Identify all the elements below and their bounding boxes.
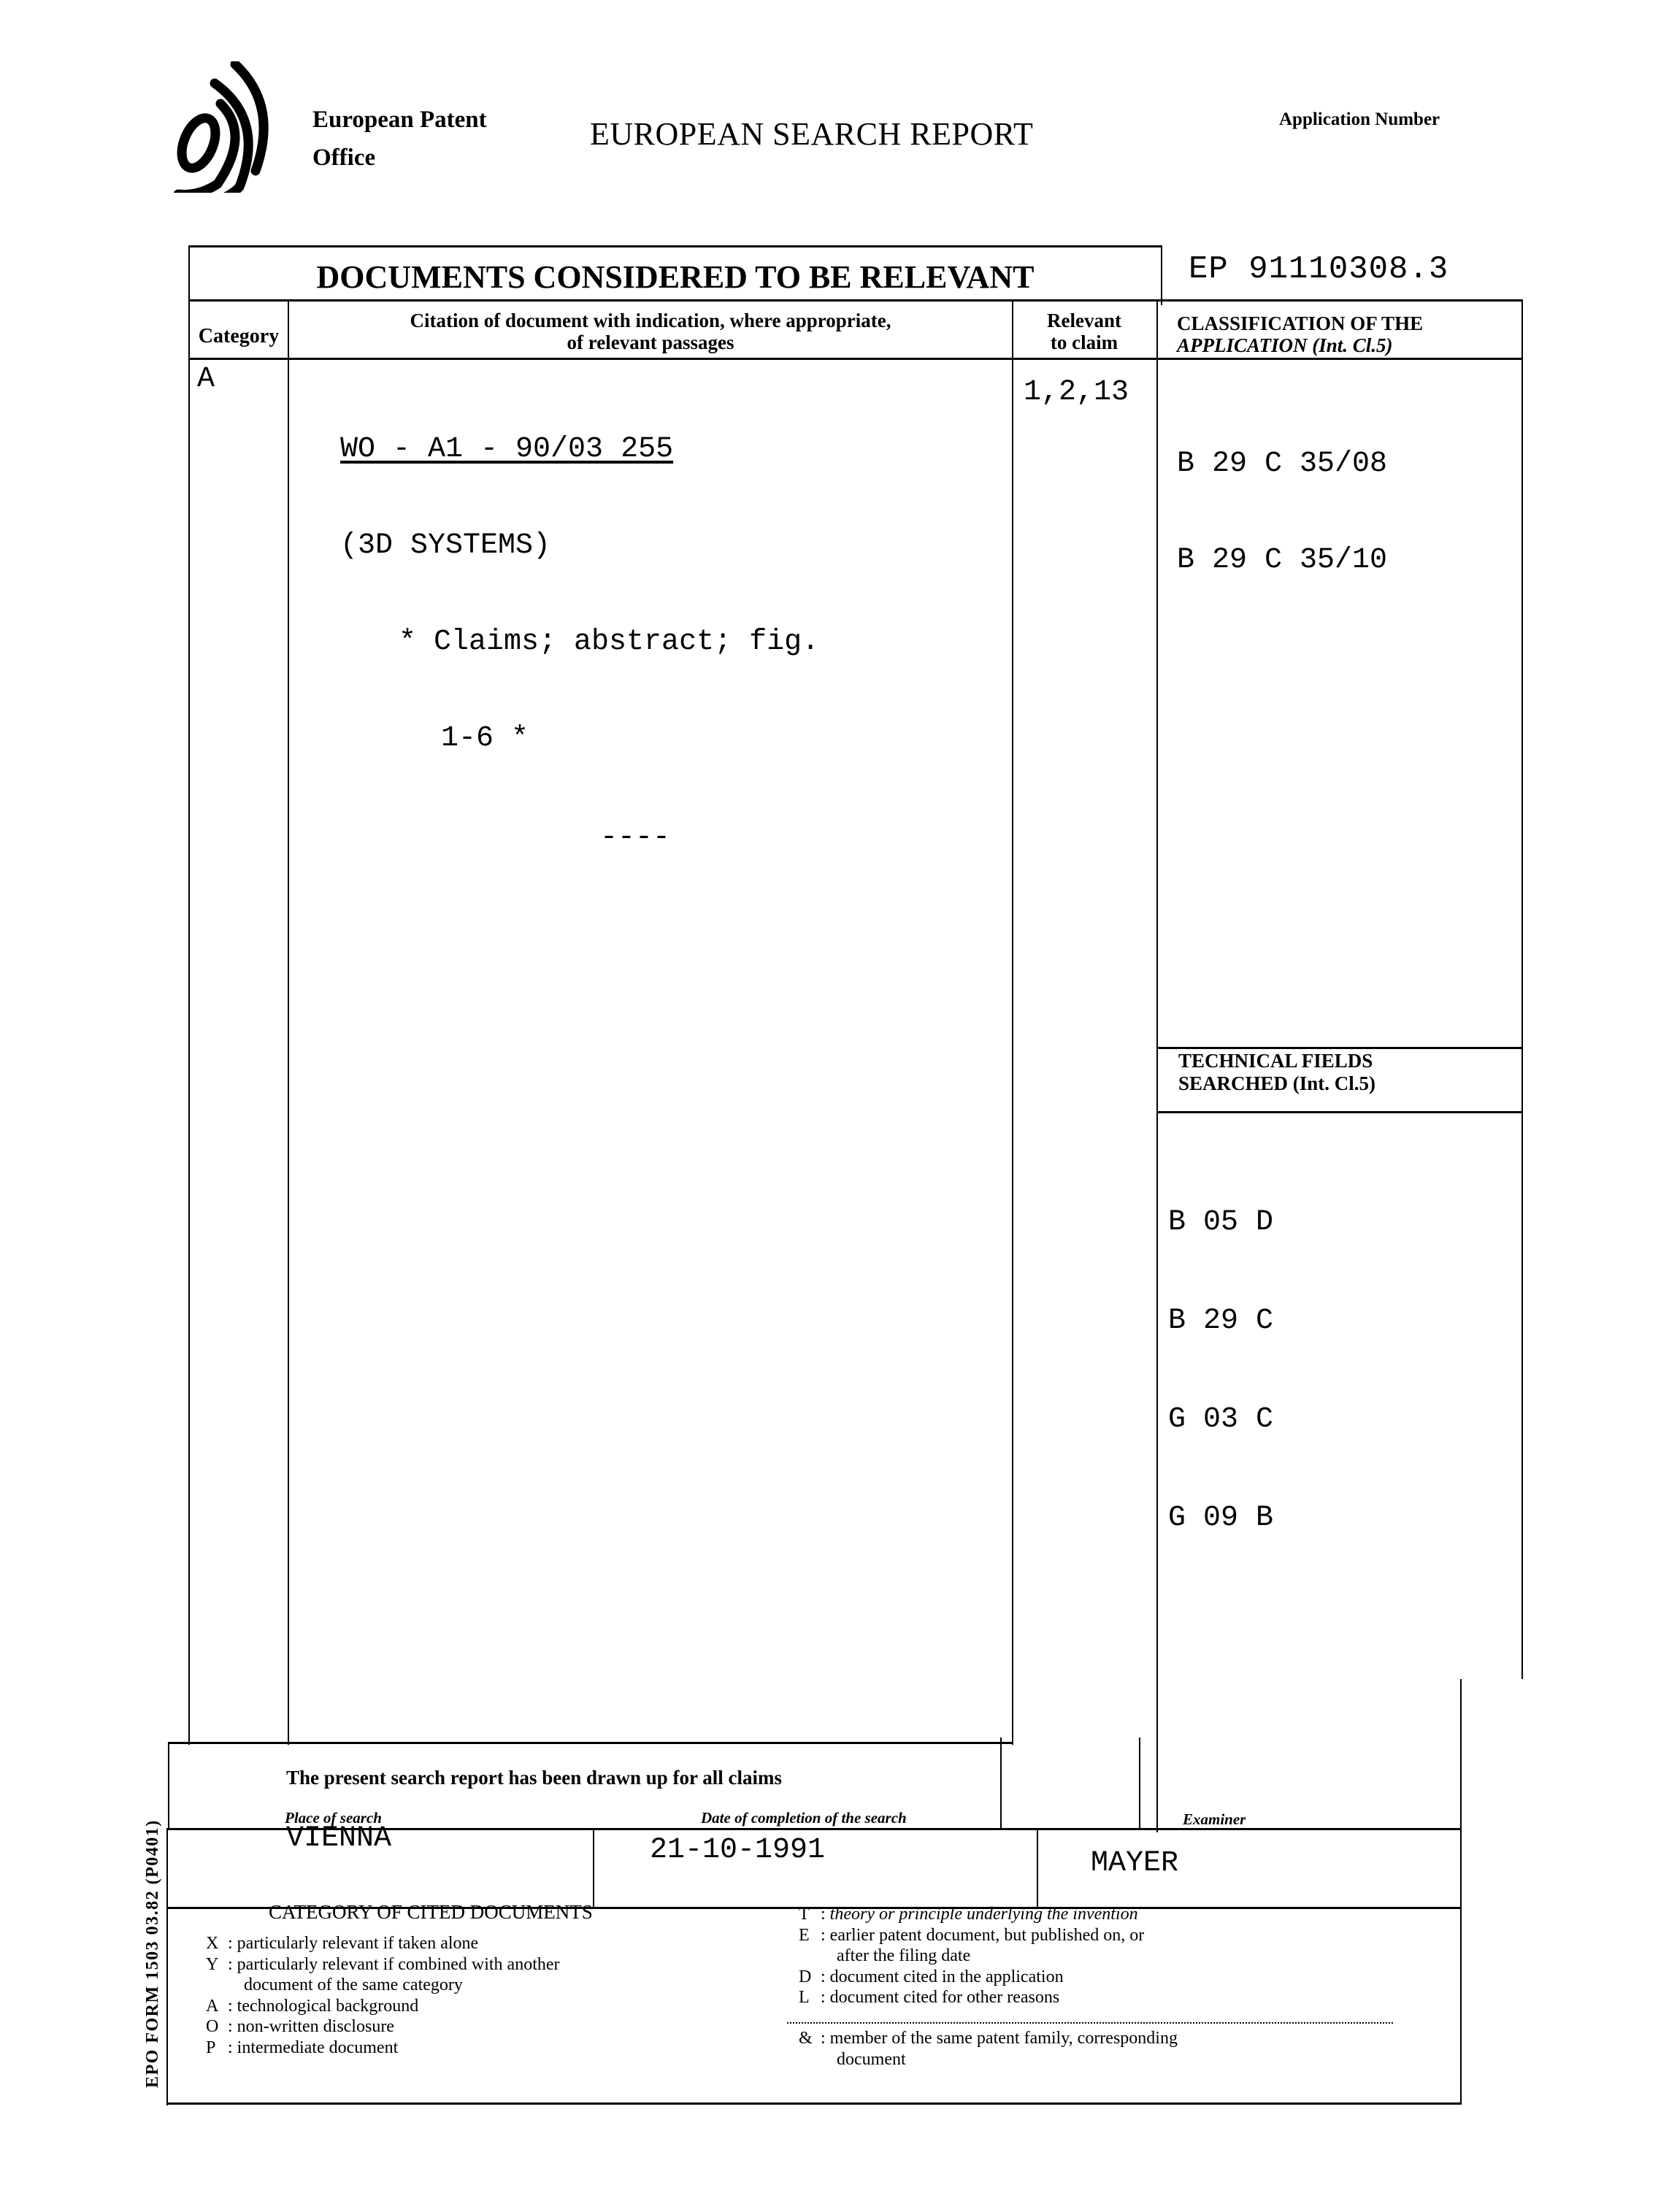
epo-logo-icon [169,61,272,193]
relevant-header-line2: to claim [1015,331,1154,353]
citation-passages-line1: * Claims; abstract; fig. [340,626,819,658]
legend-key: A [206,1996,228,2017]
examiner-label: Examiner [1183,1810,1246,1829]
legend-text: intermediate document [237,2038,399,2059]
legend-text: theory or principle underlying the inven… [830,1904,1138,1925]
legend-key: T [799,1904,821,1925]
legend-key: D [799,1967,821,1988]
citation-passages-line2: 1-6 * [340,723,819,755]
classification-code: B 29 C 35/08 [1177,448,1387,480]
legend-text: document cited for other reasons [830,1987,1060,2008]
technical-field-code: B 29 C [1168,1305,1273,1337]
application-number-label: Application Number [1279,110,1440,130]
legend-item-a: A: technological background [206,1996,560,2017]
legend-text-continued: after the filing date [799,1946,1144,1967]
classification-code: B 29 C 35/10 [1177,545,1387,577]
form-code: EPO FORM 1503 03.82 (P0401) [143,1819,163,2088]
legend-text: technological background [237,1996,419,2017]
technical-fields-heading-line2: SEARCHED (Int. Cl.5) [1178,1072,1375,1095]
drawn-up-statement: The present search report has been drawn… [286,1767,782,1789]
legend-title: CATEGORY OF CITED DOCUMENTS [269,1901,593,1924]
legend-item-d: D: document cited in the application [799,1967,1144,1988]
office-name-line2: Office [312,139,487,177]
report-title: EUROPEAN SEARCH REPORT [590,115,1033,153]
legend-key: E [799,1925,821,1946]
classification-header-line2: APPLICATION (Int. Cl.5) [1177,334,1484,356]
legend-text: particularly relevant if combined with a… [237,1954,560,1975]
citation-entry: WO - A1 - 90/03 255 (3D SYSTEMS) * Claim… [340,369,819,886]
legend-text: non-written disclosure [237,2016,394,2038]
legend-key: & [799,2028,821,2049]
column-header-relevant: Relevant to claim [1015,310,1154,353]
classification-header-line1: CLASSIFICATION OF THE [1177,312,1484,334]
technical-fields-heading-line1: TECHNICAL FIELDS [1178,1050,1375,1072]
citation-separator: ---- [340,822,819,854]
legend-text: particularly relevant if taken alone [237,1933,479,1954]
legend-item-o: O: non-written disclosure [206,2016,560,2038]
citation-category: A [197,364,215,396]
date-of-completion-label: Date of completion of the search [701,1809,907,1827]
legend-key: Y [206,1954,228,1975]
technical-field-code: B 05 D [1168,1206,1273,1239]
legend-family: &: member of the same patent family, cor… [799,2028,1178,2070]
office-name: European Patent Office [312,101,487,177]
legend-text: member of the same patent family, corres… [830,2028,1178,2049]
column-header-classification: CLASSIFICATION OF THE APPLICATION (Int. … [1177,312,1484,356]
examiner-value: MAYER [1091,1847,1178,1880]
citation-header-line1: Citation of document with indication, wh… [289,310,1012,331]
legend-key: X [206,1933,228,1954]
legend-categories-right: T: theory or principle underlying the in… [799,1904,1144,2008]
legend-text: document cited in the application [830,1967,1064,1988]
place-of-search-value: VIENNA [286,1822,391,1855]
documents-section-title: DOCUMENTS CONSIDERED TO BE RELEVANT [190,248,1161,301]
legend-text: earlier patent document, but published o… [830,1925,1145,1946]
citation-header-line2: of relevant passages [289,331,1012,353]
technical-field-code: G 03 C [1168,1403,1273,1436]
legend-text-continued: document of the same category [206,1975,560,1996]
technical-fields-heading: TECHNICAL FIELDS SEARCHED (Int. Cl.5) [1178,1050,1375,1095]
legend-key: L [799,1987,821,2008]
office-name-line1: European Patent [312,101,487,139]
legend-item-x: X: particularly relevant if taken alone [206,1933,560,1954]
legend-categories-left: X: particularly relevant if taken alone … [206,1933,560,2058]
legend-item-e: E: earlier patent document, but publishe… [799,1925,1144,1946]
technical-field-code: G 09 B [1168,1502,1273,1535]
application-number: EP 91110308.3 [1189,251,1448,288]
technical-fields-codes: B 05 D B 29 C G 03 C G 09 B [1168,1140,1273,1567]
date-of-completion-value: 21-10-1991 [650,1834,825,1867]
citation-applicant: (3D SYSTEMS) [340,530,819,562]
legend-item-p: P: intermediate document [206,2038,560,2059]
column-header-citation: Citation of document with indication, wh… [289,310,1012,353]
legend-dotted-divider [787,2022,1393,2024]
legend-item-y: Y: particularly relevant if combined wit… [206,1954,560,1975]
legend-item-l: L: document cited for other reasons [799,1987,1144,2008]
legend-key: P [206,2038,228,2059]
legend-item-t: T: theory or principle underlying the in… [799,1904,1144,1925]
legend-item-ampersand: &: member of the same patent family, cor… [799,2028,1178,2049]
classification-codes: B 29 C 35/08 B 29 C 35/10 [1177,384,1387,609]
column-header-category: Category [191,317,286,350]
relevant-claims: 1,2,13 [1024,377,1129,409]
citation-reference: WO - A1 - 90/03 255 [340,434,819,466]
relevant-header-line1: Relevant [1015,310,1154,331]
legend-key: O [206,2016,228,2038]
legend-text-continued: document [799,2049,1178,2070]
